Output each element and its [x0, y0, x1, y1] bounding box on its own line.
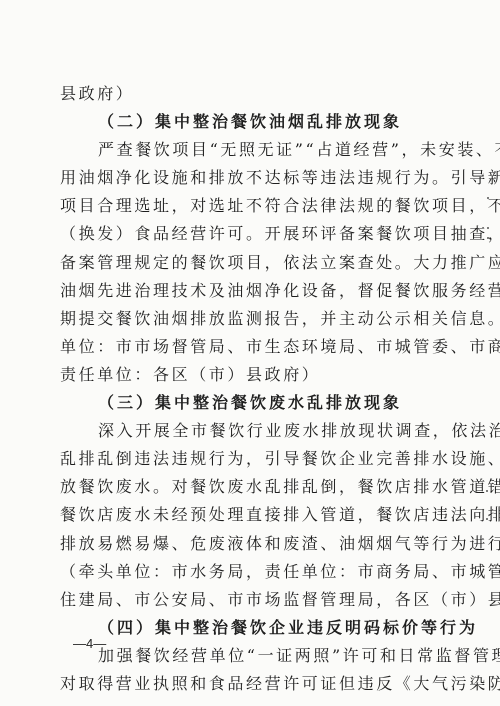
section-heading-4: （四）集中整治餐饮企业违反明码标价等行为 [60, 614, 440, 642]
text-line: 加强餐饮经营单位“一证两照”许可和日常监督管理工作， [60, 642, 440, 670]
section-heading-3: （三）集中整治餐饮废水乱排放现象 [60, 389, 440, 417]
text-line: 严查餐饮项目“无照无证”“占道经营”，未安装、不正常使 [60, 136, 440, 164]
text-line: 放餐饮废水。对餐饮废水乱排乱倒，餐饮店排水管道错接乱接， [60, 473, 440, 501]
text-line: 深入开展全市餐饮行业废水排放现状调查，依法治理沿街 [60, 417, 440, 445]
text-line: （换发）食品经营许可。开展环评备案餐饮项目抽查，对违反 [60, 220, 440, 248]
text-line: （牵头单位：市水务局，责任单位：市商务局、市城管局、市 [60, 558, 440, 586]
text-line: 用油烟净化设施和排放不达标等违法违规行为。引导新建餐饮 [60, 164, 440, 192]
scan-speck [487, 237, 489, 239]
document-body: 县政府） （二）集中整治餐饮油烟乱排放现象 严查餐饮项目“无照无证”“占道经营”… [60, 80, 440, 698]
scan-speck [486, 518, 488, 520]
text-line: 责任单位：各区（市）县政府） [60, 361, 440, 389]
scan-speck [486, 490, 488, 492]
text-line: 油烟先进治理技术及油烟净化设备，督促餐饮服务经营主体定 [60, 277, 440, 305]
text-line: 县政府） [60, 80, 440, 108]
text-line: 排放易燃易爆、危废液体和废渣、油烟烟气等行为进行整治。 [60, 530, 440, 558]
text-line: 对取得营业执照和食品经营许可证但违反《大气污染防治法》 [60, 670, 440, 698]
text-line: 乱排乱倒违法违规行为，引导餐饮企业完善排水设施、规范排 [60, 445, 440, 473]
text-line: 餐饮店废水未经预处理直接排入管道，餐饮店违法向排水管道 [60, 501, 440, 529]
text-line: 单位：市市场督管局、市生态环境局、市城管委、市商务局； [60, 333, 440, 361]
section-heading-2: （二）集中整治餐饮油烟乱排放现象 [60, 108, 440, 136]
scan-speck [487, 227, 489, 229]
text-line: 项目合理选址，对选址不符合法律法规的餐饮项目，不予核发 [60, 192, 440, 220]
page-number: —4— [73, 636, 106, 651]
text-line: 备案管理规定的餐饮项目，依法立案查处。大力推广应用餐饮 [60, 249, 440, 277]
text-line: 期提交餐饮油烟排放监测报告，并主动公示相关信息。（牵头 [60, 305, 440, 333]
text-line: 住建局、市公安局、市市场监督管理局，各区（市）县政府） [60, 586, 440, 614]
scan-speck [487, 197, 489, 199]
